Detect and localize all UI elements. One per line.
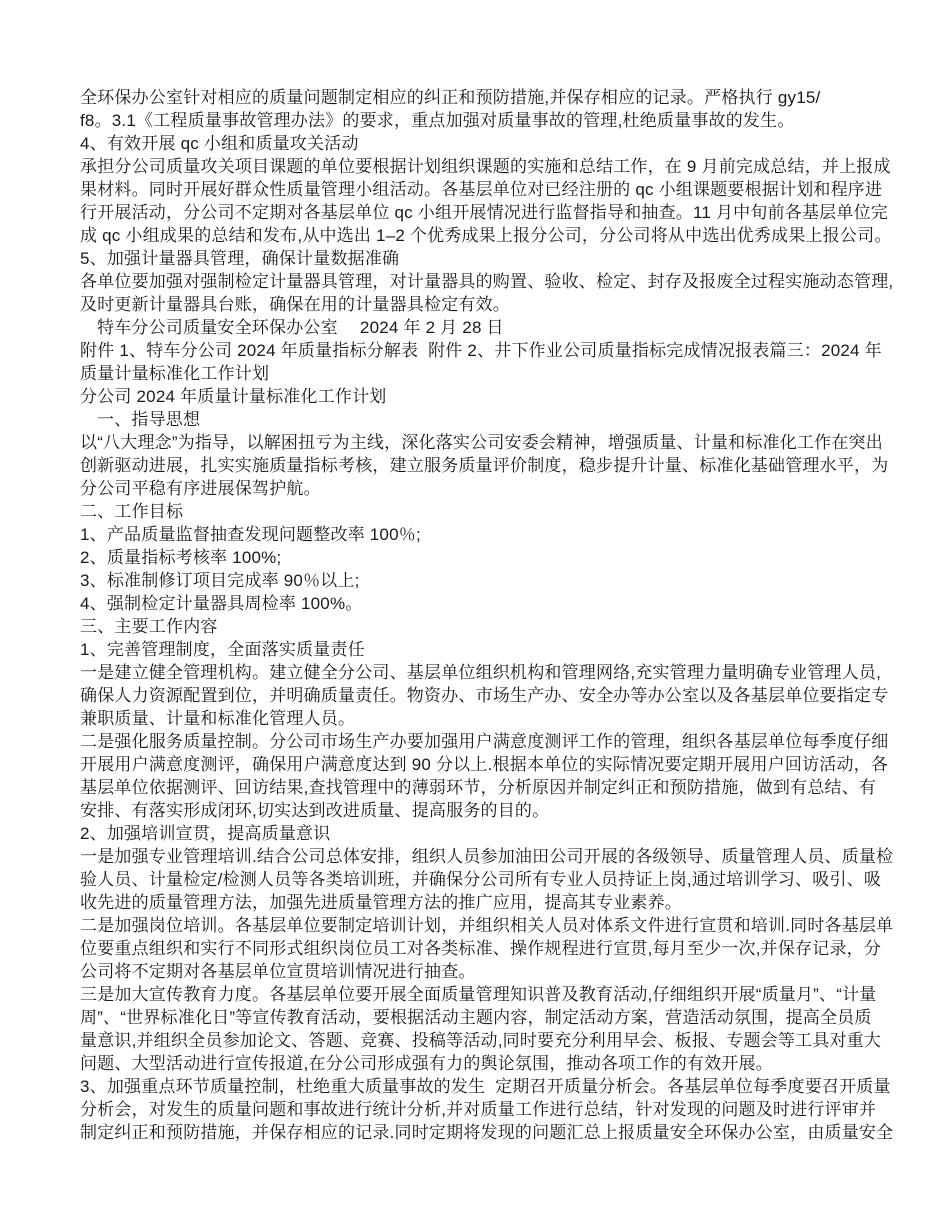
text-line: 4、强制检定计量器具周检率 100%。 (80, 592, 872, 615)
text-line: 分析会，对发生的质量问题和事故进行统计分析,并对质量工作进行总结，针对发现的问题… (80, 1098, 872, 1121)
text-line: 果材料。同时开展好群众性质量管理小组活动。各基层单位对已经注册的 qc 小组课题… (80, 178, 872, 201)
text-line: 验人员、计量检定/检测人员等各类培训班，并确保分公司所有专业人员持证上岗,通过培… (80, 868, 872, 891)
text-line: 一是加强专业管理培训.结合公司总体安排，组织人员参加油田公司开展的各级领导、质量… (80, 845, 872, 868)
text-line: 以“八大理念”为指导，以解困扭亏为主线，深化落实公司安委会精神，增强质量、计量和… (80, 431, 872, 454)
text-line: 2、质量指标考核率 100%; (80, 546, 872, 569)
text-line: 一、指导思想 (80, 408, 872, 431)
text-line: 各单位要加强对强制检定计量器具管理，对计量器具的购置、验收、检定、封存及报废全过… (80, 270, 872, 293)
text-line: 分公司平稳有序进展保驾护航。 (80, 477, 872, 500)
document-body: 全环保办公室针对相应的质量问题制定相应的纠正和预防措施,并保存相应的记录。严格执… (80, 86, 872, 1144)
text-line: 周”、“世界标准化日”等宣传教育活动，要根据活动主题内容，制定活动方案，营造活动… (80, 1006, 872, 1029)
text-line: 特车分公司质量安全环保办公室 2024 年 2 月 28 日 (80, 316, 872, 339)
text-line: 开展用户满意度测评，确保用户满意度达到 90 分以上.根据本单位的实际情况要定期… (80, 753, 872, 776)
text-line: 二是强化服务质量控制。分公司市场生产办要加强用户满意度测评工作的管理，组织各基层… (80, 730, 872, 753)
text-line: 兼职质量、计量和标准化管理人员。 (80, 707, 872, 730)
text-line: 创新驱动进展，扎实实施质量指标考核，建立服务质量评价制度，稳步提升计量、标准化基… (80, 454, 872, 477)
text-line: 公司将不定期对各基层单位宣贯培训情况进行抽查。 (80, 960, 872, 983)
text-line: 二是加强岗位培训。各基层单位要制定培训计划，并组织相关人员对体系文件进行宣贯和培… (80, 914, 872, 937)
text-line: 1、完善管理制度，全面落实质量责任 (80, 638, 872, 661)
text-line: 三是加大宣传教育力度。各基层单位要开展全面质量管理知识普及教育活动,仔细组织开展… (80, 983, 872, 1006)
text-line: 质量计量标准化工作计划 (80, 362, 872, 385)
text-line: 行开展活动，分公司不定期对各基层单位 qc 小组开展情况进行监督指导和抽查。11… (80, 201, 872, 224)
text-line: 2、加强培训宣贯，提高质量意识 (80, 822, 872, 845)
text-line: 3、加强重点环节质量控制，杜绝重大质量事故的发生 定期召开质量分析会。各基层单位… (80, 1075, 872, 1098)
text-line: 基层单位依据测评、回访结果,查找管理中的薄弱环节，分析原因并制定纠正和预防措施，… (80, 776, 872, 799)
text-line: 确保人力资源配置到位，并明确质量责任。物资办、市场生产办、安全办等办公室以及各基… (80, 684, 872, 707)
text-line: 问题、大型活动进行宣传报道,在分公司形成强有力的舆论氛围，推动各项工作的有效开展… (80, 1052, 872, 1075)
text-line: 分公司 2024 年质量计量标准化工作计划 (80, 385, 872, 408)
text-line: 收先进的质量管理方法，加强先进质量管理方法的推广应用，提高其专业素养。 (80, 891, 872, 914)
text-line: 量意识,并组织全员参加论文、答题、竞赛、投稿等活动,同时要充分利用早会、板报、专… (80, 1029, 872, 1052)
text-line: 承担分公司质量攻关项目课题的单位要根据计划组织课题的实施和总结工作，在 9 月前… (80, 155, 872, 178)
text-line: 位要重点组织和实行不同形式组织岗位员工对各类标准、操作规程进行宣贯,每月至少一次… (80, 937, 872, 960)
text-line: 一是建立健全管理机构。建立健全分公司、基层单位组织机构和管理网络,充实管理力量明… (80, 661, 872, 684)
document-page: 全环保办公室针对相应的质量问题制定相应的纠正和预防措施,并保存相应的记录。严格执… (0, 0, 950, 1230)
text-line: 全环保办公室针对相应的质量问题制定相应的纠正和预防措施,并保存相应的记录。严格执… (80, 86, 872, 109)
text-line: 附件 1、特车分公司 2024 年质量指标分解表 附件 2、井下作业公司质量指标… (80, 339, 872, 362)
text-line: 1、产品质量监督抽查发现问题整改率 100％; (80, 523, 872, 546)
text-line: 及时更新计量器具台账，确保在用的计量器具检定有效。 (80, 293, 872, 316)
text-line: f8。3.1《工程质量事故管理办法》的要求，重点加强对质量事故的管理,杜绝质量事… (80, 109, 872, 132)
text-line: 二、工作目标 (80, 500, 872, 523)
text-line: 4、有效开展 qc 小组和质量攻关活动 (80, 132, 872, 155)
text-line: 成 qc 小组成果的总结和发布,从中选出 1–2 个优秀成果上报分公司，分公司将… (80, 224, 872, 247)
text-line: 三、主要工作内容 (80, 615, 872, 638)
text-line: 3、标准制修订项目完成率 90％以上; (80, 569, 872, 592)
text-line: 5、加强计量器具管理，确保计量数据准确 (80, 247, 872, 270)
text-line: 制定纠正和预防措施，并保存相应的记录.同时定期将发现的问题汇总上报质量安全环保办… (80, 1121, 872, 1144)
text-line: 安排、有落实形成闭环,切实达到改进质量、提高服务的目的。 (80, 799, 872, 822)
